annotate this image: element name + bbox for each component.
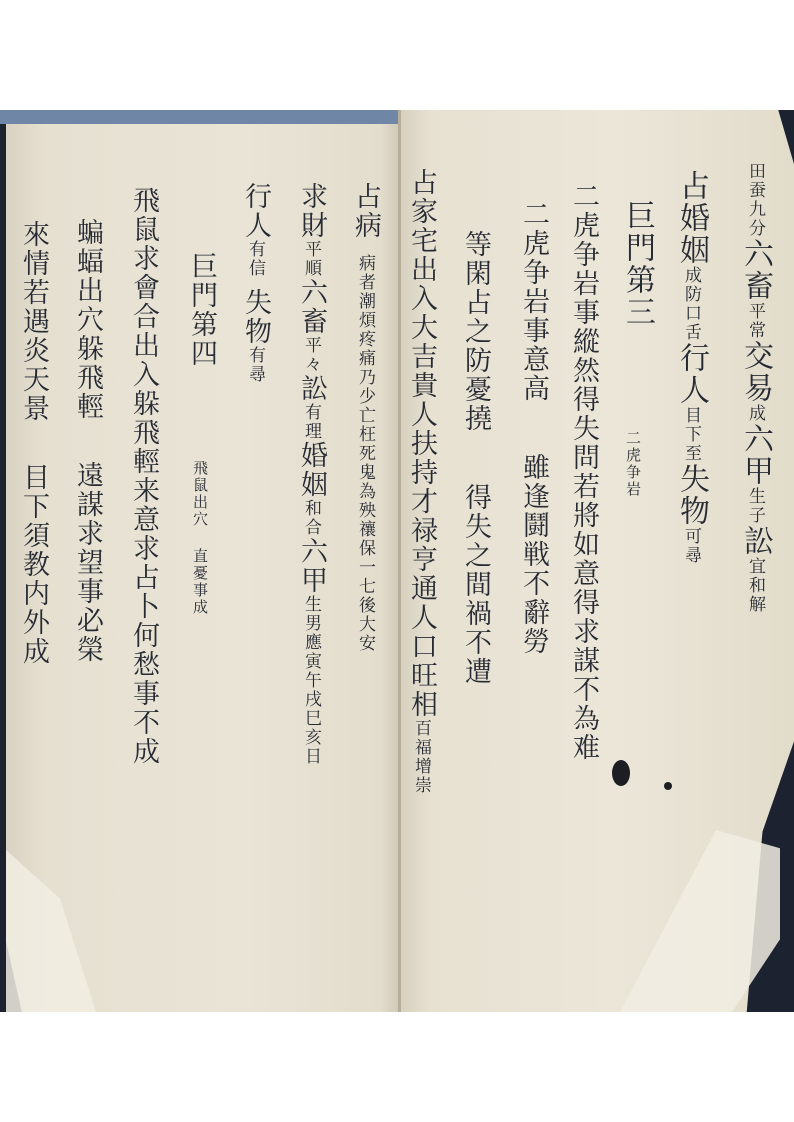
text-segment: 生子: [745, 487, 765, 525]
text-column: 田蚕九分六畜平常交易成六甲生子訟宜和解: [740, 162, 770, 614]
text-segment: 百福增崇: [411, 719, 431, 795]
text-segment: 平順: [301, 240, 321, 278]
background-strip: [0, 110, 400, 124]
text-column: 占病病者潮煩疼痛乃少亡枉死鬼為殃禳保一七後大安: [352, 182, 379, 653]
text-segment: 二虎争岩事縱然得失問若將如意得求謀不為难: [568, 182, 599, 762]
verse-column: 來情若遇炎天景目下須教内外成: [20, 220, 47, 666]
text-segment: 六畜: [296, 278, 327, 336]
text-segment: 平々: [301, 336, 321, 374]
text-segment: 占病: [350, 182, 381, 240]
worm-hole: [612, 760, 630, 786]
text-segment: 得失之間禍不遭: [460, 483, 491, 686]
manuscript-photo: 田蚕九分六畜平常交易成六甲生子訟宜和解 占婚姻成防口舌行人目下至失物可尋 巨門第…: [0, 110, 794, 1012]
text-segment: 來情若遇炎天景: [18, 220, 49, 423]
text-segment: 有信: [245, 240, 265, 278]
verse-column: 蝙蝠出穴躲飛輕遠謀求望事必榮: [74, 218, 101, 664]
text-segment: 有尋: [245, 346, 265, 384]
text-segment: 行人: [240, 182, 271, 240]
chapter-heading: 巨門第三: [622, 200, 652, 328]
chapter-heading: 巨門第四: [188, 252, 215, 368]
text-segment: 六甲: [296, 537, 327, 595]
chapter-subtitle: 飛鼠出穴直憂事成: [192, 460, 207, 616]
text-segment: 婚姻: [296, 441, 327, 499]
text-segment: 病者潮煩疼痛乃少亡枉死鬼為殃禳保一七後大安: [355, 254, 375, 653]
text-segment: 成: [745, 404, 765, 423]
text-segment: 失物: [674, 463, 709, 527]
text-segment: 田蚕九分: [745, 162, 765, 238]
text-segment: 失物: [240, 288, 271, 346]
text-segment: 訟: [296, 374, 327, 403]
text-column: 占婚姻成防口舌行人目下至失物可尋: [676, 170, 706, 565]
text-segment: 生男應寅午戌巳亥日: [301, 595, 321, 766]
text-segment: 平常: [745, 302, 765, 340]
text-segment: 二虎争岩事意高: [518, 200, 549, 403]
text-segment: 直憂事成: [191, 548, 209, 616]
text-segment: 交易: [738, 340, 773, 404]
text-segment: 成防口舌: [681, 266, 701, 342]
text-segment: 六畜: [738, 238, 773, 302]
book-spine: [398, 110, 401, 1012]
chapter-subtitle: 二虎争岩: [625, 430, 640, 498]
text-segment: 訟: [738, 525, 773, 557]
text-segment: 可尋: [681, 527, 701, 565]
text-segment: 目下至: [681, 406, 701, 463]
text-segment: 占家宅出入大吉貴人扶持才禄亨通人口旺相: [406, 168, 437, 719]
text-segment: 求財: [296, 182, 327, 240]
text-column: 二虎争岩事縱然得失問若將如意得求謀不為难: [570, 182, 597, 762]
text-segment: 飛鼠求會合出入躲飛輕来意求占卜何愁事不成: [128, 186, 159, 766]
text-column: 求財平順六畜平々訟有理婚姻和合六甲生男應寅午戌巳亥日: [298, 182, 325, 766]
text-segment: 蝙蝠出穴躲飛輕: [72, 218, 103, 421]
text-segment: 目下須教内外成: [18, 463, 49, 666]
text-segment: 飛鼠出穴: [191, 460, 209, 528]
text-segment: 有理: [301, 403, 321, 441]
text-segment: 等閑占之防憂撓: [460, 230, 491, 433]
verse-column: 二虎争岩事意高雖逢鬪戦不辭勞: [520, 200, 547, 656]
text-segment: 二虎争岩: [624, 430, 642, 498]
text-segment: 行人: [674, 342, 709, 406]
verse-column: 等閑占之防憂撓得失之間禍不遭: [462, 230, 489, 686]
text-column: 占家宅出入大吉貴人扶持才禄亨通人口旺相百福增崇: [408, 168, 435, 795]
text-segment: 宜和解: [745, 557, 765, 614]
text-column: 行人有信失物有尋: [242, 182, 269, 384]
text-column: 飛鼠求會合出入躲飛輕来意求占卜何愁事不成: [130, 186, 157, 766]
text-segment: 六甲: [738, 423, 773, 487]
text-segment: 雖逢鬪戦不辭勞: [518, 453, 549, 656]
text-segment: 遠謀求望事必榮: [72, 461, 103, 664]
worm-hole: [664, 782, 672, 790]
text-segment: 和合: [301, 499, 321, 537]
text-segment: 巨門第四: [186, 252, 217, 368]
text-segment: 占婚姻: [674, 170, 709, 266]
text-segment: 巨門第三: [620, 200, 655, 328]
